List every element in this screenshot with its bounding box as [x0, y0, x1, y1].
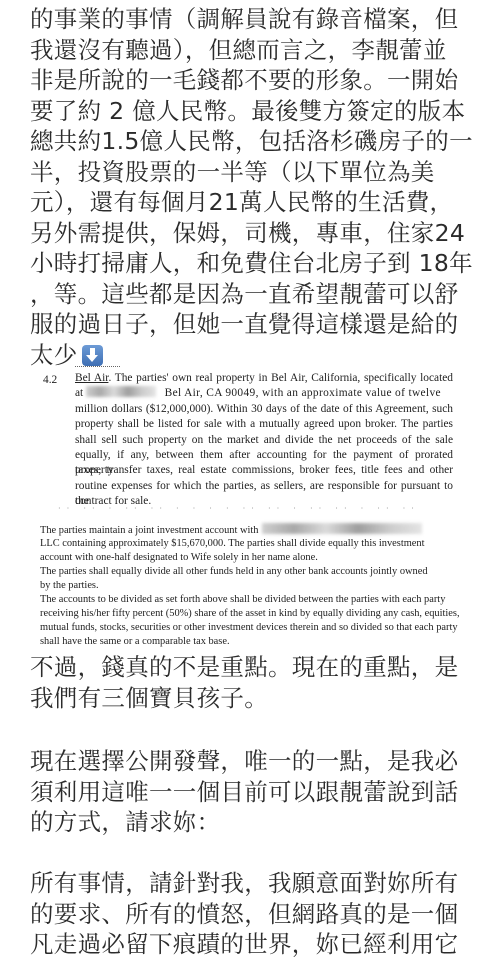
- text-line: 的事業的事情（調解員說有錄音檔案，但: [30, 4, 450, 35]
- text-line: 元），還有每個月21萬人民幣的生活費，: [30, 187, 450, 218]
- legal-line: mutual funds, stocks, securities or othe…: [40, 621, 440, 635]
- legal-line: shall have the same or a comparable tax …: [40, 635, 440, 649]
- text-line: 的方式，請求妳：: [30, 807, 450, 838]
- legal-line: taxes, transfer taxes, real estate commi…: [75, 463, 453, 478]
- text-line: 不過，錢真的不是重點。現在的重點，是: [30, 652, 450, 683]
- redacted-institution: [262, 523, 422, 534]
- text-line: 半，投資股票的一半等（以下單位為美: [30, 157, 450, 188]
- post-screenshot: 的事業的事情（調解員說有錄音檔案，但 我還沒有聽過），但總而言之，李靚蕾並 非是…: [0, 0, 480, 960]
- legal-line: receiving his/her fifty percent (50%) sh…: [40, 607, 440, 621]
- post-paragraph-2: 不過，錢真的不是重點。現在的重點，是 我們有三個寶貝孩子。: [30, 652, 450, 713]
- legal-line: The accounts to be divided as set forth …: [40, 593, 440, 607]
- legal-line: Bel Air. The parties' own real property …: [75, 371, 453, 386]
- scan-artifact-noise: ·· ·· · ·· ·· · · · · ·· ·· · ·· ·· · ··…: [58, 504, 420, 513]
- text-line: 要了約 2 億人民幣。最後雙方簽定的版本: [30, 96, 450, 127]
- text-line: 須利用這唯一一個目前可以跟靚蕾說到話: [30, 777, 450, 808]
- post-paragraph-1: 的事業的事情（調解員說有錄音檔案，但 我還沒有聽過），但總而言之，李靚蕾並 非是…: [30, 4, 450, 370]
- legal-line: The parties shall equally divide all oth…: [40, 565, 440, 579]
- legal-excerpt-bel-air: Bel Air. The parties' own real property …: [75, 371, 453, 510]
- text-line: 的要求、所有的憤怒，但網路真的是一個: [30, 899, 450, 930]
- legal-line: at Bel Air, CA 90049, with an approximat…: [75, 386, 453, 401]
- post-paragraph-3: 現在選擇公開發聲，唯一的一點，是我必 須利用這唯一一個目前可以跟靚蕾說到話 的方…: [30, 746, 450, 838]
- text-line: 小時打掃庸人，和免費住台北房子到 18年: [30, 248, 450, 279]
- legal-line: account with one-half designated to Wife…: [40, 551, 440, 565]
- text-line: 非是所說的一毛錢都不要的形象。一開始: [30, 65, 450, 96]
- text-line: ，等。這些都是因為一直希望靚蕾可以舒: [30, 279, 450, 310]
- legal-line: routine expenses for which the parties, …: [75, 479, 453, 494]
- text-segment: 太少: [30, 341, 78, 369]
- text-line: 凡走過必留下痕蹟的世界，妳已經利用它: [30, 929, 450, 960]
- text-line: 現在選擇公開發聲，唯一的一點，是我必: [30, 746, 450, 777]
- text-line: 服的過日子，但她一直覺得這樣還是給的: [30, 309, 450, 340]
- legal-line: by the parties.: [40, 579, 440, 593]
- legal-line: property shall be listed for sale with a…: [75, 417, 453, 432]
- text-line: 我們有三個寶貝孩子。: [30, 683, 450, 714]
- text-line: 所有事情，請針對我，我願意面對妳所有: [30, 868, 450, 899]
- text-line: 另外需提供，保姆，司機，專車，住家24: [30, 218, 450, 249]
- section-number: 4.2: [43, 374, 57, 386]
- text-line: 總共約1.5億人民幣，包括洛杉磯房子的一: [30, 126, 450, 157]
- legal-line: shall sell such property on the market a…: [75, 433, 453, 448]
- post-paragraph-4: 所有事情，請針對我，我願意面對妳所有 的要求、所有的憤怒，但網路真的是一個 凡走…: [30, 868, 450, 960]
- legal-line: LLC containing approximately $15,670,000…: [40, 537, 440, 551]
- redacted-address: [86, 386, 156, 397]
- legal-line: The parties maintain a joint investment …: [40, 523, 440, 537]
- text-line: 我還沒有聽過），但總而言之，李靚蕾並: [30, 35, 450, 66]
- section-heading: Bel Air: [75, 372, 108, 384]
- legal-line: million dollars ($12,000,000). Within 30…: [75, 402, 453, 417]
- legal-excerpt-investment: The parties maintain a joint investment …: [40, 523, 440, 649]
- legal-line: equally, if any, between them after acco…: [75, 448, 453, 463]
- scan-artifact-dots: [75, 366, 120, 369]
- down-arrow-emoji-icon: [82, 345, 103, 366]
